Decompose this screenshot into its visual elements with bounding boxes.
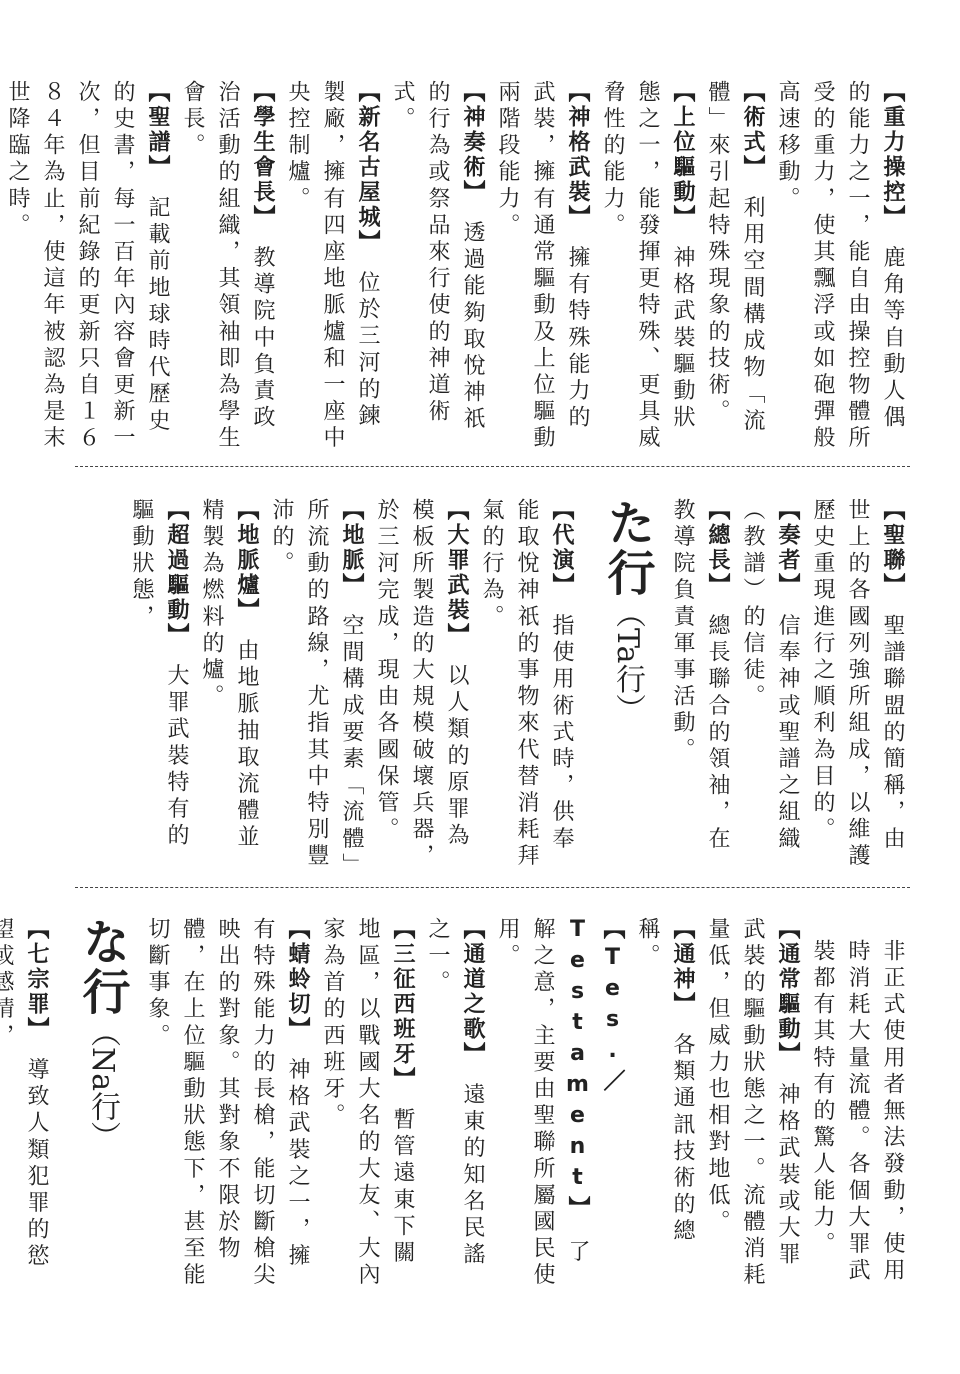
heading-roman: Ta xyxy=(610,628,645,664)
glossary-entry: 【神格武裝】 擁有特殊能力的武裝，擁有通常驅動及上位驅動兩階段能力。 xyxy=(490,80,595,455)
entry-term: 【三征西班牙】 xyxy=(390,917,415,1081)
glossary-entry: 【上位驅動】 神格武裝驅動狀態之一，能發揮更特殊、更具威脅性的能力。 xyxy=(595,80,700,455)
glossary-entry: 【通常驅動】 神格武裝或大罪武裝的驅動狀態之一。流體消耗量低，但威力也相對地低。 xyxy=(700,917,805,1292)
section-heading-na: な行（Na行） xyxy=(72,917,132,1292)
glossary-entry: 【超過驅動】 大罪武裝特有的驅動狀態， xyxy=(124,498,194,873)
entry-term: 【超過驅動】 xyxy=(164,498,189,637)
glossary-entry: 【代演】 指使用術式時，供奉能取悅神祇的事物來代替消耗拜氣的行為。 xyxy=(474,498,579,873)
entry-term: 【通常驅動】 xyxy=(775,917,800,1056)
entry-term: 【重力操控】 xyxy=(880,80,905,219)
entry-term: 【聖譜】 xyxy=(145,80,170,169)
entry-term: 【通神】 xyxy=(670,917,695,1006)
glossary-entry: 【學生會長】 教導院中負責政治活動的組織，其領袖即為學生會長。 xyxy=(175,80,280,455)
glossary-entry: 【聖譜】 記載前地球時代歷史的史書，每一百年內容會更新一次，但目前紀錄的更新只自… xyxy=(0,80,175,455)
glossary-entry: 【通道之歌】 遠東的知名民謠之一。 xyxy=(420,917,490,1292)
entry-term: 【大罪武裝】 xyxy=(444,498,469,637)
glossary-band-2: 【聖聯】 聖譜聯盟的簡稱，由世上的各國列強所組成，以維護歷史重現進行之順利為目的… xyxy=(70,498,910,873)
glossary-entry: 【奏者】 信奉神或聖譜之組織（教譜）的信徒。 xyxy=(735,498,805,873)
glossary-entry: 【三征西班牙】 暫管遠東下關地區，以戰國大名的大友、大內家為首的西班牙。 xyxy=(315,917,420,1292)
entry-term: 【上位驅動】 xyxy=(670,80,695,219)
dashed-divider xyxy=(75,466,910,467)
entry-term: 【神奏術】 xyxy=(460,80,485,194)
entry-term: 【Tes.／Testament】 xyxy=(565,917,625,1213)
glossary-entry: 【蜻蛉切】 神格武裝之一，擁有特殊能力的長槍，能切斷槍尖映出的對象。其對象不限於… xyxy=(140,917,315,1292)
dashed-divider xyxy=(75,887,910,888)
heading-roman: Na xyxy=(85,1047,120,1091)
entry-term: 【地脈】 xyxy=(339,498,364,587)
glossary-entry: 【地脈】 空間構成要素「流體」所流動的路線，尤指其中特別豐沛的。 xyxy=(264,498,369,873)
glossary-entry: 【七宗罪】 導致人類犯罪的慾望或感情， xyxy=(0,917,54,1292)
glossary-entry: 【地脈爐】 由地脈抽取流體並精製為燃料的爐。 xyxy=(194,498,264,873)
glossary-entry: 【總長】 總長聯合的領袖，在教導院負責軍事活動。 xyxy=(665,498,735,873)
glossary-band-1: 【重力操控】 鹿角等自動人偶的能力之一，能自由操控物體所受的重力，使其飄浮或如砲… xyxy=(70,80,910,455)
glossary-entry: 【術式】 利用空間構成物「流體」來引起特殊現象的技術。 xyxy=(700,80,770,455)
entry-term: 【通道之歌】 xyxy=(460,917,485,1056)
entry-term: 【奏者】 xyxy=(775,498,800,587)
entry-term: 【術式】 xyxy=(740,80,765,169)
entry-term: 【總長】 xyxy=(705,498,730,587)
entry-term: 【學生會長】 xyxy=(250,80,275,219)
glossary-entry: 【聖聯】 聖譜聯盟的簡稱，由世上的各國列強所組成，以維護歷史重現進行之順利為目的… xyxy=(805,498,910,873)
entry-term: 【蜻蛉切】 xyxy=(285,917,310,1031)
entry-term: 【聖聯】 xyxy=(880,498,905,587)
entry-term: 【七宗罪】 xyxy=(24,917,49,1031)
heading-kana: た行 xyxy=(599,498,655,598)
entry-term: 【代演】 xyxy=(549,498,574,587)
entry-term: 【神格武裝】 xyxy=(565,80,590,219)
glossary-entry: 【Tes.／Testament】 了解之意，主要由聖聯所屬國民使用。 xyxy=(490,917,630,1292)
glossary-entry: 【大罪武裝】 以人類的原罪為模板所製造的大規模破壞兵器，於三河完成，現由各國保管… xyxy=(369,498,474,873)
glossary-entry-continuation: 非正式使用者無法發動，使用時消耗大量流體。各個大罪武裝都有其特有的驚人能力。 xyxy=(805,917,910,1292)
glossary-entry: 【通神】 各類通訊技術的總稱。 xyxy=(630,917,700,1292)
entry-term: 【新名古屋城】 xyxy=(355,80,380,244)
section-heading-ta: た行（Ta行） xyxy=(597,498,657,873)
heading-kana: な行 xyxy=(74,917,130,1017)
glossary-entry: 【新名古屋城】 位於三河的鍊製廠，擁有四座地脈爐和一座中央控制爐。 xyxy=(280,80,385,455)
glossary-entry: 【重力操控】 鹿角等自動人偶的能力之一，能自由操控物體所受的重力，使其飄浮或如砲… xyxy=(770,80,910,455)
glossary-entry: 【神奏術】 透過能夠取悅神祇的行為或祭品來行使的神道術式。 xyxy=(385,80,490,455)
glossary-band-3: 非正式使用者無法發動，使用時消耗大量流體。各個大罪武裝都有其特有的驚人能力。 【… xyxy=(70,917,910,1292)
entry-term: 【地脈爐】 xyxy=(234,498,259,612)
